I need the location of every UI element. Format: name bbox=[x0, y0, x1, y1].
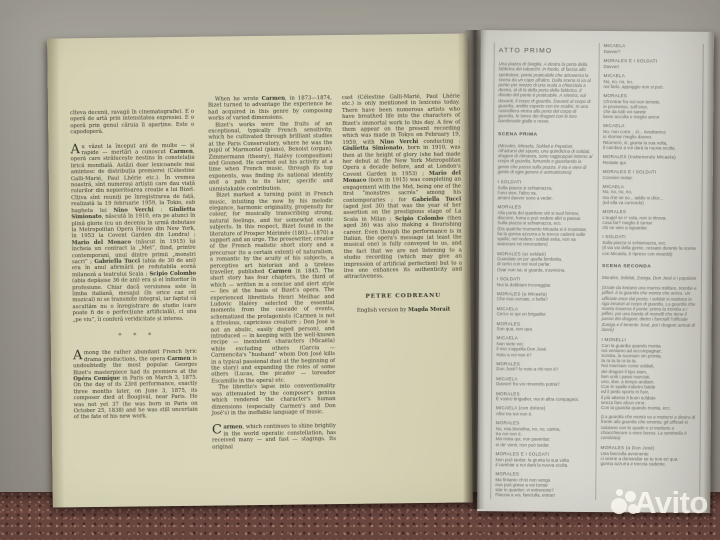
paragraph: cast (Célestine Galli-Marié, Paul Lhérie… bbox=[342, 94, 462, 281]
libretto-cue: MORALESCh'entrar fra noi non temete,in p… bbox=[603, 93, 698, 120]
libretto-cue: MICAELA (con dolore)Allor tra noi non è. bbox=[496, 406, 591, 418]
booklet-left-page: cîteva decenii, ravagii în cinematografi… bbox=[47, 33, 473, 507]
libretto-cue: I MONELLICon la guardia quando montanoi … bbox=[601, 337, 697, 411]
speaker-name: I SOLDATI bbox=[497, 276, 592, 282]
author-signature: PETRE CODREANU bbox=[344, 292, 462, 300]
libretto-cue: MICAELANo, no, no, no,ma che ne so... ad… bbox=[603, 184, 698, 206]
libretto-line: Davver! fra voi rinvenirlo potria? bbox=[496, 382, 591, 388]
libretto-cue: MORALESNo, mia biondina, no, no, carina,… bbox=[496, 421, 591, 448]
libretto-line: Don José? lo noto a chi non è? bbox=[496, 367, 591, 373]
translator-credit-prefix: English version by bbox=[357, 307, 408, 314]
translator-credit: English version by Magda Morait bbox=[344, 307, 462, 315]
libretto-cue: MICAELANo, non corre... sì... rivedranno… bbox=[603, 123, 698, 150]
libretto-line: ei de' venir, non può tardar. bbox=[496, 442, 591, 448]
libretto-cue: MORALESL'augel se n' vola, non si ritrov… bbox=[602, 209, 697, 231]
liner-notes-column-3: cast (Célestine Galli-Marié, Paul Lhérie… bbox=[342, 94, 463, 315]
libretto-cue: MICAELACerco io qui un brigadier. bbox=[497, 306, 592, 318]
speaker-name: MORALES E I SOLDATI bbox=[603, 169, 698, 175]
libretto-cue: MORALES E I SOLDATIConvien restar. bbox=[603, 169, 698, 181]
drop-cap: A bbox=[70, 144, 80, 155]
column-rule-middle bbox=[595, 43, 600, 500]
libretto-line: (Il via vai della gente, cessato durante… bbox=[602, 245, 697, 256]
booklet-right-page: ATTO PRIMOUna piazza di Siviglia. A dest… bbox=[477, 30, 714, 513]
photo-of-open-booklet: cîteva decenii, ravagii în cinematografi… bbox=[0, 0, 720, 540]
libretto-line: Osar non sa; si guarda, s'avvicina. bbox=[497, 267, 592, 273]
libretto-cue: I SOLDATISulla piazza si schiamazza,l'un… bbox=[498, 179, 593, 201]
libretto-line: bene accolta e meglio ancor. bbox=[603, 114, 698, 120]
libretto-cue: MORALES (a Micaela)Che mai cercate, o be… bbox=[497, 291, 592, 303]
paragraph: Bizet marked a turning point in French m… bbox=[209, 191, 335, 385]
libretto-line: Convien restar. bbox=[603, 175, 698, 181]
libretto-line: Noto a voi non è? bbox=[496, 352, 591, 358]
libretto-line: Restate qui. bbox=[603, 160, 698, 166]
speaker-name: MORALES E I SOLDATI bbox=[604, 58, 699, 64]
liner-notes-column-3-text: cast (Célestine Galli-Marié, Paul Lhérie… bbox=[342, 94, 462, 281]
libretto-stage: (La guardia che monta va a mettersi a de… bbox=[601, 414, 696, 441]
asterisk-separator: * * * bbox=[73, 333, 197, 341]
speaker-name: MICAELA bbox=[604, 73, 699, 79]
libretto-cue: I SOLDATINoi la dobbiam incoraggiar. bbox=[497, 276, 592, 288]
libretto-scene: SCENA PRIMA bbox=[498, 132, 593, 138]
libretto-line: Con la guardia quando monta, ecc. bbox=[601, 405, 696, 411]
libretto-line: noi farlo, appoggio non si può. bbox=[603, 84, 698, 90]
libretto-cue: MICAELADavver! fra voi rinvenirlo potria… bbox=[496, 376, 591, 388]
speaker-name: I MONELLI bbox=[601, 337, 696, 343]
libretto-line: il cambiar a voi darà la nuova scolta. bbox=[603, 145, 698, 151]
libretto-cue: MORALES E I SOLDATINon può tardar; la gi… bbox=[495, 451, 590, 468]
paragraph: Bizet's works were the fruits of an exce… bbox=[208, 121, 333, 193]
libretto-cue: MORALESÈ vostro brigadier, ma in altra c… bbox=[496, 391, 591, 403]
libretto-stage: (S'ode da lontano una marcia militare, t… bbox=[602, 285, 697, 333]
libretto-line: il cambiar a noi darà la nuova scolta. bbox=[495, 462, 590, 468]
libretto-stage: Morales, Soldati, Zuniga, Don José e i p… bbox=[602, 275, 697, 281]
speaker-name: MORALES E I SOLDATI bbox=[496, 451, 591, 457]
libretto-stage: Una piazza di Siviglia. A destra la port… bbox=[498, 61, 593, 124]
column-rule-right bbox=[699, 44, 704, 501]
libretto-cue: MICAELANo, no, no, no,noi farlo, appoggi… bbox=[603, 73, 698, 90]
speaker-name: MORALES (trattenendo Micaela) bbox=[603, 154, 698, 160]
speaker-name: MICAELA bbox=[604, 43, 699, 49]
libretto-line: gonna azzurra e treccia cadente. bbox=[600, 461, 695, 467]
libretto-cue: MORALES (trattenendo Micaela)Restate qui… bbox=[603, 154, 698, 166]
paragraph: When he wrote Carmen, in 1873—1874, Bize… bbox=[208, 95, 332, 122]
translator-name: Magda Morait bbox=[408, 307, 450, 314]
libretto-column-2: MICAELADavver?MORALES E I SOLDATIDavver!… bbox=[600, 43, 698, 471]
libretto-heading: ATTO PRIMO bbox=[499, 48, 594, 54]
libretto-cue: MORALES (ai soldati)Guardate un po' quel… bbox=[497, 251, 592, 273]
paragraph: The libretto's lapse into conventionalit… bbox=[211, 383, 335, 417]
libretto-cue: MORALESDon José? lo noto a chi non è? bbox=[496, 361, 591, 373]
libretto-line: Noi la dobbiam incoraggiar. bbox=[497, 282, 592, 288]
liner-notes-column-1: cîteva decenii, ravagii în cinematografi… bbox=[70, 109, 198, 421]
libretto-line: chi ne vien a riguardar. bbox=[602, 225, 697, 231]
libretto-cue: MORALES E I SOLDATIDavver! bbox=[604, 58, 699, 70]
column-rule-left bbox=[490, 42, 495, 499]
libretto-cue: MORALESSon qua, son qua. bbox=[497, 321, 592, 333]
liner-notes-column-2: When he wrote Carmen, in 1873—1874, Bize… bbox=[208, 95, 336, 450]
paragraph: Among the rather abundant French lyric d… bbox=[73, 349, 198, 421]
paragraph: cîteva decenii, ravagii în cinematografi… bbox=[70, 109, 194, 136]
libretto-cue: MORALESMa fintanto ch'ei non venganon pu… bbox=[495, 471, 590, 498]
paragraph: Carmen, which continues to shine brightl… bbox=[212, 423, 336, 450]
libretto-cue: I SOLDATISulla piazza si schiamazza, ecc… bbox=[602, 234, 697, 256]
libretto-line: Allor tra noi non è. bbox=[496, 411, 591, 417]
libretto-line: Cerco io qui un brigadier. bbox=[497, 312, 592, 318]
speaker-name: MORALES bbox=[603, 93, 698, 99]
drop-cap: A bbox=[73, 351, 83, 362]
libretto-cue: MICAELADavver? bbox=[604, 43, 699, 55]
libretto-line: (Da qualche momento Micaela si è mostrat… bbox=[497, 226, 592, 248]
libretto-line: ameni davver sono a veder. bbox=[498, 195, 593, 201]
libretto-line: Che mai cercate, o bella? bbox=[497, 297, 592, 303]
libretto-cue: MORALESAlla porta del quartiere uhi si s… bbox=[497, 205, 592, 248]
libretto-cue: MORALES (a Don José)Una fanciulla avvene… bbox=[600, 445, 695, 467]
libretto-cue: MICAELANon siete voi;il mio s'appella Do… bbox=[496, 336, 591, 358]
libretto-line: (ed ella va correndo) bbox=[603, 200, 698, 206]
libretto-line: È vostro brigadier, ma in altra compagni… bbox=[496, 396, 591, 402]
drop-cap: C bbox=[212, 425, 222, 436]
libretto-line: Davver! bbox=[604, 64, 699, 70]
libretto-line: Piaccia a voi, fanciulla, entrar! bbox=[495, 493, 590, 499]
libretto-line: Davver? bbox=[604, 49, 699, 55]
libretto-line: Son qua, son qua. bbox=[497, 326, 592, 332]
libretto-column-1: ATTO PRIMOUna piazza di Siviglia. A dest… bbox=[495, 48, 594, 502]
libretto-stage: (Morales, Micaela, Soldati e Popolani. A… bbox=[498, 143, 593, 175]
speaker-name: MORALES bbox=[495, 471, 590, 477]
paragraph: Au văzut la început ani de multe — și ra… bbox=[70, 142, 196, 323]
libretto-scene: SCENA SECONDA bbox=[602, 264, 697, 270]
